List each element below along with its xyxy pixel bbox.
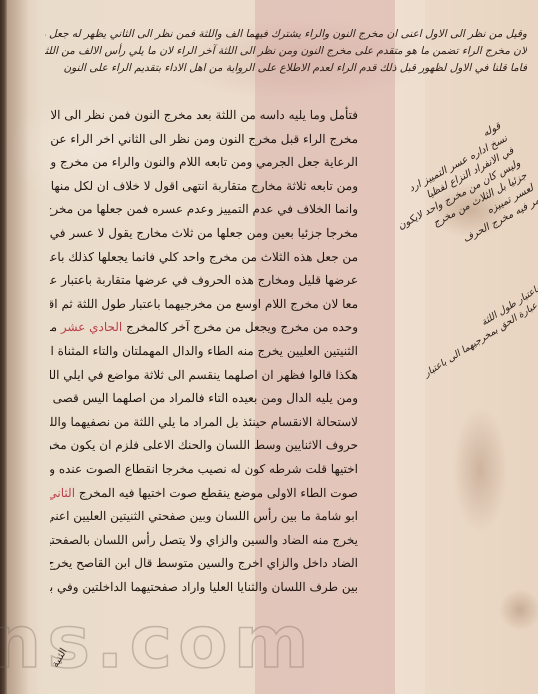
header-notes: وقيل من نظر الى الاول اعنى ان مخرج النون… (45, 26, 527, 77)
manuscript-page: وقيل من نظر الى الاول اعنى ان مخرج النون… (0, 0, 538, 694)
main-text-line: وحده من مخرج ويجعل من مخرج آخر كالمخرج ا… (50, 316, 358, 340)
main-text-line: بين طرف اللسان والثنايا العليا واراد صفح… (50, 576, 358, 600)
header-note-line: لان مخرج الراء تضمن ما هو متقدم على مخرج… (45, 43, 527, 60)
rubric-heading: الحادي عشر (61, 320, 122, 334)
main-text-block: فتأمل وما يليه داسه من اللثة بعد مخرج ال… (50, 104, 358, 599)
main-text-line: ومن يليه الدال ومن بعيده التاء فالمراد م… (50, 387, 358, 411)
watermark-text: ns.com (0, 612, 538, 672)
header-note-line: وقيل من نظر الى الاول اعنى ان مخرج النون… (45, 26, 527, 43)
main-text-line: يخرج منه الضاد والسين والزاي ولا يتصل رأ… (50, 529, 358, 553)
rubric-heading: الثاني عشر (50, 486, 75, 500)
main-text-line: الرعاية جعل الجرمي ومن تابعه اللام والنو… (50, 151, 358, 175)
binding-edge (0, 0, 7, 694)
main-text-line: ومن تابعه ثلاثة مخارج متقاربة انتهى اقول… (50, 175, 358, 199)
margin-note-2: قوله باعتبار طول اللثةالمبرد وعبارة الحق… (415, 272, 538, 391)
watermark-band-edge (395, 0, 425, 694)
main-text-line: هكذا قالوا فظهر ان اصلهما ينقسم الى ثلاث… (50, 364, 358, 388)
main-text-line: لاستحالة الانقسام حينئذ بل المراد ما يلي… (50, 411, 358, 435)
main-text-line: معا لان مخرج اللام اوسع من مخرجيهما باعت… (50, 293, 358, 317)
header-note-text: فاما قلنا في الاول لظهور قبل ذلك قدم الر… (64, 62, 527, 74)
main-text-line: وانما الخلاف في عدم التمييز وعدم عسره فم… (50, 198, 358, 222)
main-text-line: اختيها قلت شرطه كون له نصيب مخرجا انقطاع… (50, 458, 358, 482)
main-text-line: حروف الاثنايين وسط اللسان والحنك الاعلى … (50, 434, 358, 458)
main-text-line: الضاد داخل والزاي اخرج والسين متوسط قال … (50, 552, 358, 576)
main-text-line: ابو شامة ما بين رأس اللسان وبين صفحتي ال… (50, 505, 358, 529)
binding-shadow (7, 0, 29, 694)
main-text-line: صوت الطاء الاولى موضع ينقطع صوت اختيها ف… (50, 482, 358, 506)
main-text-line: عرضها قليل ومخارج هذه الحروف في عرضها مت… (50, 269, 358, 293)
main-text-line: مخرج الراء قبل مخرج النون ومن نظر الى ال… (50, 128, 358, 152)
main-text-line: من جعل هذه الثلاث من مخرج واحد كلي فانما… (50, 246, 358, 270)
main-text-line: فتأمل وما يليه داسه من اللثة بعد مخرج ال… (50, 104, 358, 128)
main-text-line: مخرجا جزئيا بعين ومن جعلها من ثلاث مخارج… (50, 222, 358, 246)
header-note-line: فاما قلنا في الاول لظهور قبل ذلك قدم الر… (45, 60, 527, 77)
main-text-line: الثنيتين العليين يخرج منه الطاء والدال ا… (50, 340, 358, 364)
